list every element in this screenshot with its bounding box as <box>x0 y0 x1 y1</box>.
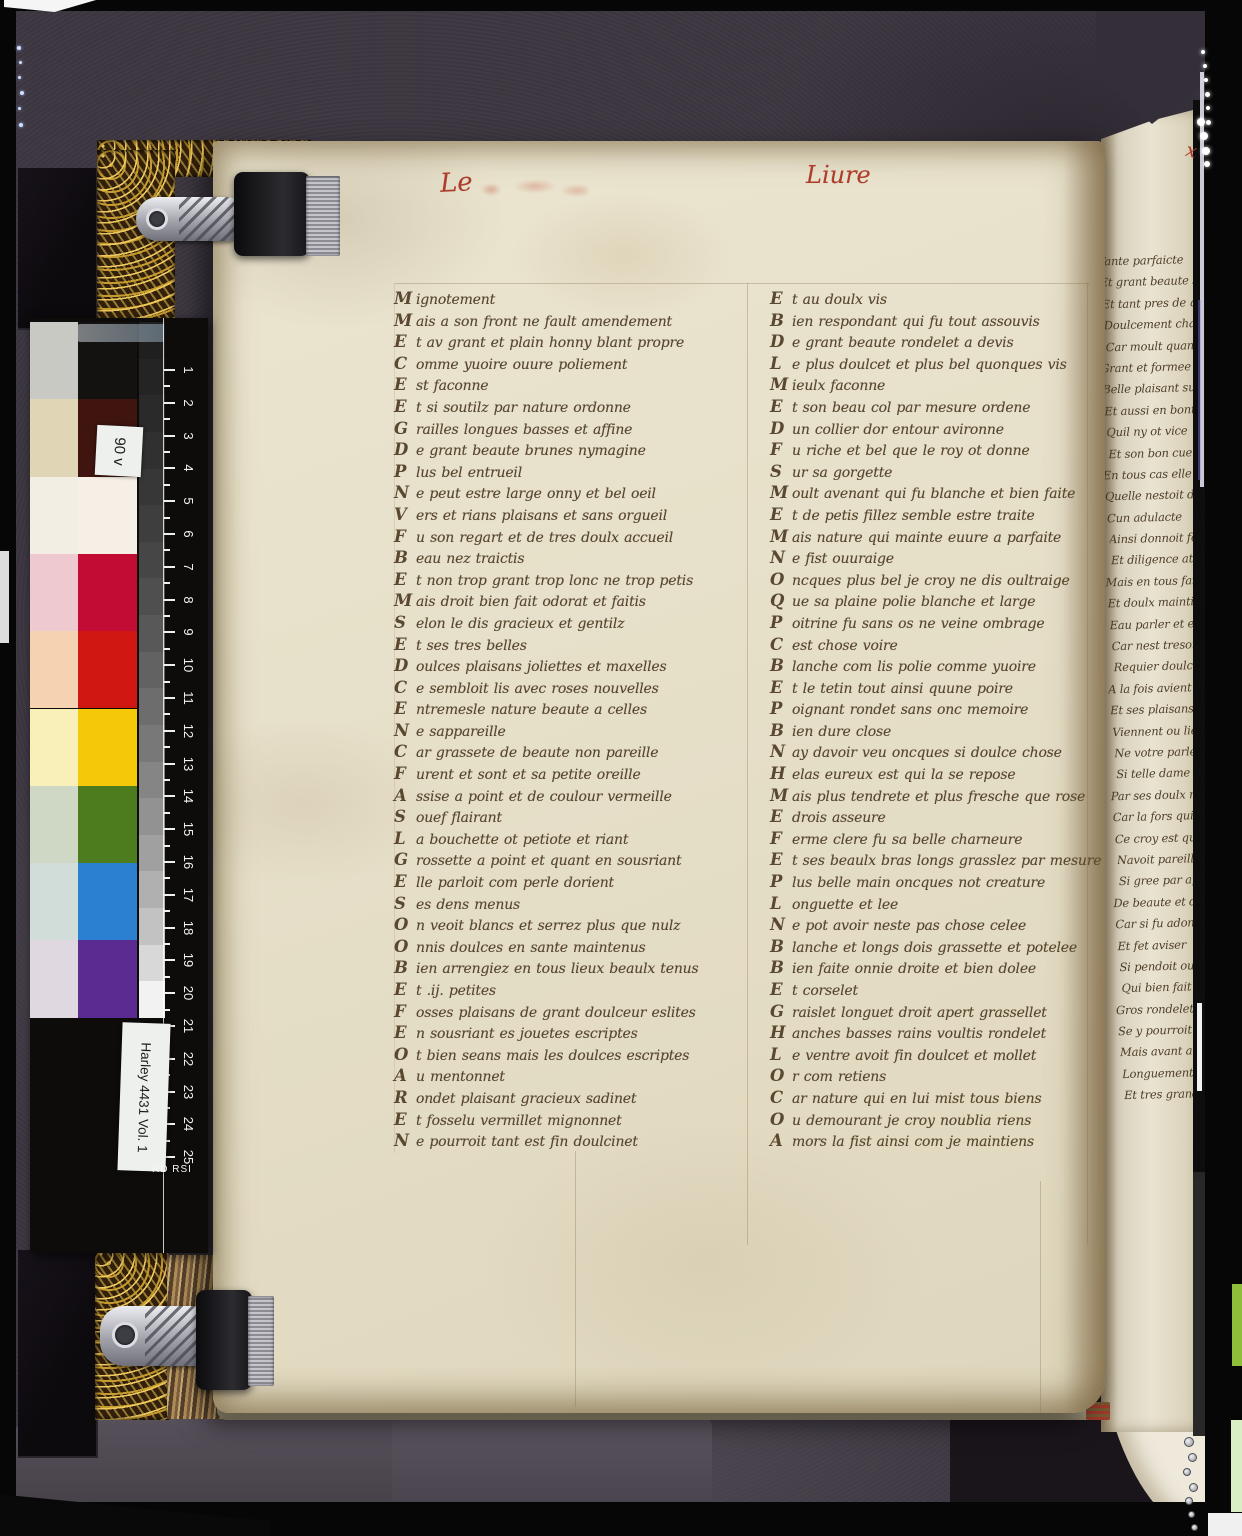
verse-line: Plus belle main oncques not creature <box>770 871 1105 893</box>
verse-text: t fosselu vermillet mignonnet <box>416 1111 622 1133</box>
facing-page-line: Cun adulacte <box>1107 508 1193 532</box>
ruler-number: 11 <box>176 687 196 709</box>
patch-outer-cream <box>30 399 78 476</box>
reflection-dot <box>1204 78 1208 82</box>
verse-text: es dens menus <box>416 895 520 917</box>
verse-text: mors la fist ainsi com je maintiens <box>792 1132 1034 1154</box>
gray-step <box>139 981 165 1018</box>
stud-dot <box>1184 1437 1194 1447</box>
patch-inner-yellow <box>78 709 137 786</box>
verse-text: ur sa gorgette <box>792 463 892 485</box>
verse-text: t le tetin tout ainsi quune poire <box>792 679 1013 701</box>
verse-text: u demourant je croy noublia riens <box>792 1111 1031 1133</box>
ruler-tick-minor <box>164 648 170 650</box>
reflection-dot <box>1197 118 1205 126</box>
facing-page-line: Et fet aviser <box>1117 936 1193 960</box>
verse-line: Et son beau col par mesure ordene <box>770 396 1105 418</box>
verse-line: Grailles longues basses et affine <box>394 418 754 440</box>
verse-line: Hanches basses rains voultis rondelet <box>770 1022 1105 1044</box>
verse-initial: P <box>394 461 416 483</box>
patch-inner-white <box>78 477 137 554</box>
facing-page-line: En tous cas elle fu <box>1103 466 1193 490</box>
verse-initial: R <box>394 1087 416 1109</box>
verse-text: t .ij. petites <box>416 981 496 1003</box>
ruler-tick-minor <box>164 713 170 715</box>
verse-text: ar grassete de beaute non pareille <box>416 743 658 765</box>
facing-page-line: Et tres grande retrouve au <box>1124 1086 1193 1110</box>
reflection-dot <box>1203 64 1207 68</box>
reflection-dot <box>18 107 21 110</box>
verse-line: De grant beaute rondelet a devis <box>770 331 1105 353</box>
verse-initial: E <box>770 288 792 310</box>
facing-page-line: Grant et formee na <box>1101 359 1193 383</box>
facing-page-line: Tante parfaicte <box>1101 252 1193 276</box>
verse-initial: L <box>770 1044 792 1066</box>
ruler-tick-minor <box>164 549 170 551</box>
verse-initial: M <box>394 288 416 310</box>
verse-initial: E <box>394 698 416 720</box>
verse-text: oulces plaisans joliettes et maxelles <box>416 657 667 679</box>
facing-page-line: Par ses doulx main <box>1111 786 1193 810</box>
verse-text: lle parloit com perle dorient <box>416 873 614 895</box>
verse-initial: C <box>394 677 416 699</box>
verse-line: Et .ij. petites <box>394 979 754 1001</box>
ruler-number: 15 <box>176 818 196 840</box>
verse-line: Souef flairant <box>394 806 754 828</box>
verse-line: Et si soutilz par nature ordonne <box>394 396 754 418</box>
ruler-tick-major <box>164 927 175 929</box>
patch-outer-pale-pink <box>30 554 78 631</box>
verse-initial: M <box>394 590 416 612</box>
verse-line: Blanche et longs dois grassette et potel… <box>770 936 1105 958</box>
verse-line: Vers et rians plaisans et sans orgueil <box>394 504 754 526</box>
verse-text: t corselet <box>792 981 858 1003</box>
verse-line: Et ses tres belles <box>394 634 754 656</box>
color-calibration-scale: 1234567891011121314151617181920212223242… <box>30 318 208 1253</box>
verse-line: Bien arrengiez en tous lieux beaulx tenu… <box>394 957 754 979</box>
verse-text: drois asseure <box>792 808 886 830</box>
patch-outer-pale-yellow <box>30 709 78 786</box>
ruler-footer: RD RSI <box>152 1164 192 1175</box>
verse-line: Ne fist ouuraige <box>770 547 1105 569</box>
verse-text: t av grant et plain honny blant propre <box>416 333 684 355</box>
facing-page-line: Car si fu adont la tres <box>1115 915 1193 939</box>
verse-initial: G <box>770 1001 792 1023</box>
verse-line: Onnis doulces en sante maintenus <box>394 936 754 958</box>
ruler-tick-major <box>164 500 175 502</box>
verse-initial: C <box>770 1087 792 1109</box>
verse-line: Entremesle nature beaute a celles <box>394 698 754 720</box>
reflection-dot <box>1206 106 1210 110</box>
ruler-number: 6 <box>176 523 196 545</box>
verse-initial: B <box>770 310 792 332</box>
verse-initial: E <box>770 806 792 828</box>
verse-text: r com retiens <box>792 1067 886 1089</box>
verse-text: oult avenant qui fu blanche et bien fait… <box>792 484 1075 506</box>
ruler-tick-major <box>164 369 175 371</box>
facing-page-line: Si telle dame <box>1116 765 1193 789</box>
ruler-tick-minor <box>164 943 170 945</box>
facing-page-line: Mais avant ainsi soing ne <box>1120 1043 1193 1067</box>
verse-line: Sur sa gorgette <box>770 461 1105 483</box>
verse-initial: E <box>394 569 416 591</box>
ruling-line <box>575 1151 576 1407</box>
verse-line: En sousriant es jouetes escriptes <box>394 1022 754 1044</box>
gray-step <box>139 908 165 945</box>
verse-initial: E <box>394 374 416 396</box>
verse-line: Car grassete de beaute non pareille <box>394 741 754 763</box>
verse-text: e ventre avoit fin doulcet et mollet <box>792 1046 1036 1068</box>
verse-line: Et ses beaulx bras longs grasslez par me… <box>770 849 1105 871</box>
gray-step <box>139 615 165 652</box>
scale-glare <box>78 324 164 342</box>
stud-dot <box>1183 1468 1191 1476</box>
verse-initial: A <box>394 785 416 807</box>
ruler-tick-major <box>164 959 175 961</box>
verse-initial: N <box>394 482 416 504</box>
facing-page-line: Et doulx maintien <box>1107 594 1193 618</box>
verse-line: Ses dens menus <box>394 893 754 915</box>
facing-page-line: Et aussi en bonte f <box>1104 401 1193 425</box>
patch-outer-pale-green <box>30 786 78 863</box>
gray-step <box>139 652 165 689</box>
reflection-dot <box>1206 120 1211 125</box>
ruler-number: 5 <box>176 490 196 512</box>
folio-label: 90 v <box>95 425 144 477</box>
facing-page-line: Qui bien fait con fu a bien la <box>1121 979 1193 1003</box>
ruler-number: 7 <box>176 556 196 578</box>
ruler-number: 23 <box>176 1081 196 1103</box>
verse-line: Mais plus tendrete et plus fresche que r… <box>770 785 1105 807</box>
reflection-dot <box>1201 50 1205 54</box>
light-leak-bottom-right <box>1208 1513 1242 1536</box>
ruler-tick-major <box>164 631 175 633</box>
verse-line: Mieulx faconne <box>770 374 1105 396</box>
facing-page-line: Car nest tresor qui sa <box>1111 637 1193 661</box>
verse-line: Nay davoir veu oncques si doulce chose <box>770 741 1105 763</box>
verse-initial: D <box>394 439 416 461</box>
light-leak-right-blue <box>1198 300 1201 480</box>
verse-initial: M <box>770 785 792 807</box>
verse-initial: S <box>394 893 416 915</box>
ruler-number: 18 <box>176 917 196 939</box>
verse-line: Moult avenant qui fu blanche et bien fai… <box>770 482 1105 504</box>
verse-line: Fu son regart et de tres doulx accueil <box>394 526 754 548</box>
ruler-number: 16 <box>176 851 196 873</box>
ruler-tick-major <box>164 533 175 535</box>
verse-text: elas eureux est qui la se repose <box>792 765 1015 787</box>
verse-text: ue sa plaine polie blanche et large <box>792 592 1035 614</box>
verse-initial: B <box>770 720 792 742</box>
reflection-dot <box>19 123 23 127</box>
verse-line: Blanche com lis polie comme yuoire <box>770 655 1105 677</box>
ruler-tick-major <box>164 599 175 601</box>
verse-initial: B <box>770 655 792 677</box>
verse-text: raislet longuet droit apert grassellet <box>792 1003 1047 1025</box>
verse-initial: L <box>770 893 792 915</box>
facing-page-line: Ce croy est quoncques <box>1115 829 1193 853</box>
ruler-tick-major <box>164 566 175 568</box>
verse-line: Longuette et lee <box>770 893 1105 915</box>
ruler-tick-minor <box>164 877 170 879</box>
ruler-number: 14 <box>176 785 196 807</box>
reflection-dot <box>1205 92 1210 97</box>
verse-text: ntremesle nature beaute a celles <box>416 700 647 722</box>
verse-initial: E <box>394 871 416 893</box>
ruler-tick-minor <box>164 484 170 486</box>
clip-plate-bottom <box>248 1296 274 1386</box>
verse-initial: P <box>770 871 792 893</box>
verse-initial: N <box>770 547 792 569</box>
ruling-line <box>1087 283 1088 1245</box>
facing-page-line: Doulcement chair <box>1104 316 1193 340</box>
verse-text: e fist ouuraige <box>792 549 894 571</box>
stud-dot <box>1191 1524 1198 1531</box>
verse-line: Oncques plus bel je croy ne dis oultraig… <box>770 569 1105 591</box>
verse-text: e plus doulcet et plus bel quonques vis <box>792 355 1067 377</box>
verse-initial: N <box>394 720 416 742</box>
facing-page-line: Navoit pareille <box>1117 851 1193 875</box>
verse-initial: B <box>770 936 792 958</box>
patch-outer-white <box>30 477 78 554</box>
verse-initial: E <box>770 849 792 871</box>
ruler-number: 9 <box>176 621 196 643</box>
ruler-tick-major <box>164 664 175 666</box>
manuscript-photograph: Tante parfaicteEt grant beaute siEt tant… <box>0 0 1242 1536</box>
ruling-line <box>395 283 1090 284</box>
facing-page-line: Gros rondelet et gras <box>1116 1000 1193 1024</box>
verse-line: On veoit blancs et serrez plus que nulz <box>394 914 754 936</box>
verse-text: ignotement <box>416 290 495 312</box>
gray-step <box>139 359 165 396</box>
ruler-tick-major <box>164 795 175 797</box>
verse-line: Cest chose voire <box>770 634 1105 656</box>
gray-step <box>139 871 165 908</box>
verse-text: ar nature qui en lui mist tous biens <box>792 1089 1041 1111</box>
ruler-number: 4 <box>176 457 196 479</box>
gray-step <box>139 578 165 615</box>
verse-line: Furent et sont et sa petite oreille <box>394 763 754 785</box>
light-leak-green-lower <box>1231 1420 1242 1512</box>
patch-outer-pale-peach <box>30 631 78 708</box>
ruler-tick-major <box>164 828 175 830</box>
patch-inner-green <box>78 786 137 863</box>
frame-top <box>0 0 1242 11</box>
verse-text: oignant rondet sans onc memoire <box>792 700 1028 722</box>
light-leak-right-mid <box>1197 1003 1202 1091</box>
verse-line: Et le tetin tout ainsi quune poire <box>770 677 1105 699</box>
verse-line: Helas eureux est qui la se repose <box>770 763 1105 785</box>
verse-text: ais nature qui mainte euure a parfaite <box>792 528 1061 550</box>
verse-initial: E <box>770 979 792 1001</box>
running-title-left: Le <box>439 167 473 199</box>
patch-inner-purple <box>78 940 137 1017</box>
ruler-tick-major <box>164 730 175 732</box>
verse-text: t au doulx vis <box>792 290 887 312</box>
verse-text: ais plus tendrete et plus fresche que ro… <box>792 787 1085 809</box>
ruler-tick-minor <box>164 812 170 814</box>
verse-initial: C <box>770 634 792 656</box>
verse-text: e grant beaute brunes nymagine <box>416 441 646 463</box>
verse-text: oitrine fu sans os ne veine ombrage <box>792 614 1044 636</box>
ruler-tick-minor <box>164 418 170 420</box>
verse-text: ers et rians plaisans et sans orgueil <box>416 506 667 528</box>
ruler-number: 13 <box>176 753 196 775</box>
clip-hole-bottom <box>112 1322 138 1348</box>
verse-initial: A <box>394 1065 416 1087</box>
clip-hole-top <box>146 208 168 230</box>
verse-initial: P <box>770 698 792 720</box>
gray-step <box>139 725 165 762</box>
verse-line: Elle parloit com perle dorient <box>394 871 754 893</box>
verse-initial: G <box>394 418 416 440</box>
verse-line: Poignant rondet sans onc memoire <box>770 698 1105 720</box>
ruler-tick-minor <box>164 1009 170 1011</box>
verse-line: Et au doulx vis <box>770 288 1105 310</box>
reflection-dot <box>1202 147 1210 155</box>
verse-text: t bien seans mais les doulces escriptes <box>416 1046 689 1068</box>
facing-page-line: Ainsi donnoit fort f <box>1109 530 1193 554</box>
verse-initial: E <box>770 504 792 526</box>
verse-text: t non trop grant trop lonc ne trop petis <box>416 571 693 593</box>
verse-text: a bouchette ot petiote et riant <box>416 830 628 852</box>
verse-initial: M <box>770 526 792 548</box>
ruler-number: 21 <box>176 1015 196 1037</box>
ruler-tick-minor <box>164 746 170 748</box>
ruler-tick-major <box>164 697 175 699</box>
ruler-tick-minor <box>164 910 170 912</box>
verse-text: onguette et lee <box>792 895 898 917</box>
facing-page-line: Mais en tous fais elle <box>1105 573 1193 597</box>
verse-initial: C <box>394 353 416 375</box>
verse-initial: S <box>394 612 416 634</box>
book-cover-edge-top <box>18 168 98 330</box>
text-column-2: Et au doulx visBien respondant qui fu to… <box>770 288 1105 1152</box>
verse-initial: O <box>770 1109 792 1131</box>
reflection-dot <box>20 91 24 95</box>
reflection-dot <box>1200 132 1208 140</box>
verse-initial: E <box>394 1109 416 1131</box>
verse-initial: E <box>394 331 416 353</box>
verse-text: ien faite onnie droite et bien dolee <box>792 959 1036 981</box>
facing-page-strip: Tante parfaicteEt grant beaute siEt tant… <box>1101 110 1193 1432</box>
verse-text: erme clere fu sa belle charneure <box>792 830 1022 852</box>
verse-text: u mentonnet <box>416 1067 505 1089</box>
verse-line: Edrois asseure <box>770 806 1105 828</box>
binder-clip-bottom <box>196 1290 252 1390</box>
verse-initial: Q <box>770 590 792 612</box>
verse-line: Plus bel entrueil <box>394 461 754 483</box>
verse-text: e pourroit tant est fin doulcinet <box>416 1132 638 1154</box>
reflection-dot <box>1204 161 1210 167</box>
facing-page-line: Requier doulce sur t <box>1113 658 1193 682</box>
verse-line: Le ventre avoit fin doulcet et mollet <box>770 1044 1105 1066</box>
facing-page-line: Et ses plaisans doulcou <box>1110 701 1193 725</box>
verse-text: osses plaisans de grant doulceur eslites <box>416 1003 696 1025</box>
verse-line: Ot bien seans mais les doulces escriptes <box>394 1044 754 1066</box>
verse-text: e grant beaute rondelet a devis <box>792 333 1013 355</box>
verse-text: n veoit blancs et serrez plus que nulz <box>416 916 680 938</box>
verse-line: Ne pot avoir neste pas chose celee <box>770 914 1105 936</box>
verse-text: e pot avoir neste pas chose celee <box>792 916 1026 938</box>
verse-text: t si soutilz par nature ordonne <box>416 398 631 420</box>
text-column-1: MignotementMais a son front ne fault ame… <box>394 288 754 1152</box>
verse-text: urent et sont et sa petite oreille <box>416 765 641 787</box>
verse-text: elon le dis gracieux et gentilz <box>416 614 624 636</box>
facing-page-line: Car moult quant a <box>1106 337 1193 361</box>
verse-text: anches basses rains voultis rondelet <box>792 1024 1046 1046</box>
verse-initial: E <box>394 1022 416 1044</box>
verse-initial: H <box>770 763 792 785</box>
stud-dot <box>1188 1511 1195 1518</box>
facing-page-line: A la fois avient <box>1108 679 1193 703</box>
verse-text: rossette a point et quant en sousriant <box>416 851 681 873</box>
verse-initial: N <box>770 741 792 763</box>
verse-line: Et de petis fillez semble estre traite <box>770 504 1105 526</box>
gray-step <box>139 505 165 542</box>
facing-page-line: Quil ny ot vice <box>1106 423 1193 447</box>
verse-initial: O <box>770 569 792 591</box>
verse-text: nnis doulces en sante maintenus <box>416 938 646 960</box>
verse-line: Mais nature qui mainte euure a parfaite <box>770 526 1105 548</box>
verse-line: Dun collier dor entour avironne <box>770 418 1105 440</box>
verse-line: Graislet longuet droit apert grassellet <box>770 1001 1105 1023</box>
ruler-number: 24 <box>176 1113 196 1135</box>
verse-line: La bouchette ot petiote et riant <box>394 828 754 850</box>
verse-text: railles longues basses et affine <box>416 420 632 442</box>
verse-initial: M <box>770 482 792 504</box>
verse-line: Ou demourant je croy noublia riens <box>770 1109 1105 1131</box>
verse-line: Rondet plaisant gracieux sadinet <box>394 1087 754 1109</box>
patch-outer-light-gray <box>30 322 78 399</box>
verse-line: Ne peut estre large onny et bel oeil <box>394 482 754 504</box>
verse-text: st faconne <box>416 376 488 398</box>
verse-initial: L <box>770 353 792 375</box>
verse-line: Doulces plaisans joliettes et maxelles <box>394 655 754 677</box>
verse-text: lus belle main oncques not creature <box>792 873 1045 895</box>
facing-page-line: Si gree par apoint si <box>1119 872 1193 896</box>
ruler-number: 20 <box>176 982 196 1004</box>
verse-initial: F <box>770 439 792 461</box>
frame-left <box>0 0 16 1536</box>
ruling-line <box>1040 1181 1041 1413</box>
verse-text: ien dure close <box>792 722 891 744</box>
binder-clip-top <box>234 172 310 256</box>
verse-line: Grossette a point et quant en sousriant <box>394 849 754 871</box>
ruler-tick-major <box>164 435 175 437</box>
verse-text: ssise a point et de coulour vermeille <box>416 787 672 809</box>
verse-initial: S <box>770 461 792 483</box>
reflection-dot <box>18 76 21 79</box>
verse-initial: P <box>770 612 792 634</box>
gray-step <box>139 688 165 725</box>
verse-initial: A <box>770 1130 792 1152</box>
ruler-tick-major <box>164 763 175 765</box>
verse-line: Or com retiens <box>770 1065 1105 1087</box>
verse-text: ondet plaisant gracieux sadinet <box>416 1089 636 1111</box>
verse-initial: B <box>394 957 416 979</box>
verse-text: eau nez traictis <box>416 549 524 571</box>
verse-line: Ce sembloit lis avec roses nouvelles <box>394 677 754 699</box>
facing-page-line: Et grant beaute si <box>1101 273 1193 297</box>
verse-initial: D <box>770 331 792 353</box>
verse-line: Comme yuoire ouure poliement <box>394 353 754 375</box>
facing-page-line: Et son bon cuer qui f <box>1108 444 1193 468</box>
verse-line: De grant beaute brunes nymagine <box>394 439 754 461</box>
verse-text: est chose voire <box>792 636 898 658</box>
verse-text: ien arrengiez en tous lieux beaulx tenus <box>416 959 698 981</box>
verse-initial: E <box>770 396 792 418</box>
